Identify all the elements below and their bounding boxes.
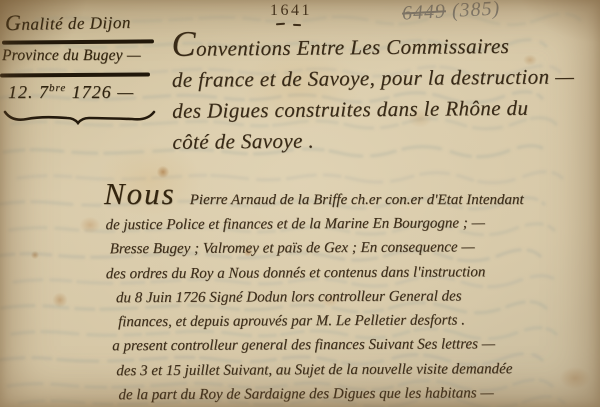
body-line: a present controlleur general des financ… xyxy=(106,332,596,359)
pencil-number-struck: 6449 xyxy=(401,0,446,24)
body-line: de la part du Roy de Sardaigne des Digue… xyxy=(106,381,596,407)
brace-flourish-icon xyxy=(2,104,157,132)
body-line: Bresse Bugey ; Valromey et païs de Gex ;… xyxy=(106,235,596,262)
document-title: Conventions Entre Les Commissaires de fr… xyxy=(171,25,596,158)
body-paragraph: de justice Police et finances et de la M… xyxy=(105,211,596,407)
margin-rule-top xyxy=(2,39,154,44)
date-day-month: 12. 7 xyxy=(8,82,49,102)
title-line: côté de Savoye . xyxy=(172,123,596,158)
title-line: des Digues construites dans le Rhône du xyxy=(172,92,596,127)
province-label: Province du Bugey — xyxy=(2,47,141,65)
body-line: finances, et depuis aprouvés par M. Le P… xyxy=(106,308,596,335)
folio-number: 1641 xyxy=(270,2,312,20)
body-line: des ordres du Roy a Nous donnés et conte… xyxy=(106,259,596,286)
margin-rule-bottom xyxy=(0,72,150,77)
title-line: Conventions Entre Les Commissaires xyxy=(171,25,595,65)
date-label: 12. 7bre 1726 — xyxy=(8,82,134,103)
date-month-superscript: bre xyxy=(49,82,66,94)
body-line: des 3 et 15 juillet Suivant, au Sujet de… xyxy=(106,356,596,383)
body-line: de justice Police et finances et de la M… xyxy=(105,211,595,238)
body-opening-word: Nous xyxy=(104,176,176,211)
manuscript-page: Gnalité de Dijon Province du Bugey — 12.… xyxy=(0,0,600,407)
region-label: Gnalité de Dijon xyxy=(5,8,131,36)
folio-underline-dash xyxy=(276,23,285,26)
title-line: de france et de Savoye, pour la destruct… xyxy=(172,61,596,96)
body-line: du 8 Juin 1726 Signé Dodun lors controll… xyxy=(106,284,596,311)
folio-underline-dash xyxy=(293,24,301,26)
date-year: 1726 — xyxy=(66,82,134,102)
pencil-ref-number: (385) xyxy=(451,0,500,22)
body-first-line: NousPierre Arnaud de la Briffe ch.er con… xyxy=(104,176,596,212)
pencil-catalog-number: 6449 (385) xyxy=(401,0,500,26)
body-first-line-text: Pierre Arnaud de la Briffe ch.er con.er … xyxy=(190,192,524,208)
